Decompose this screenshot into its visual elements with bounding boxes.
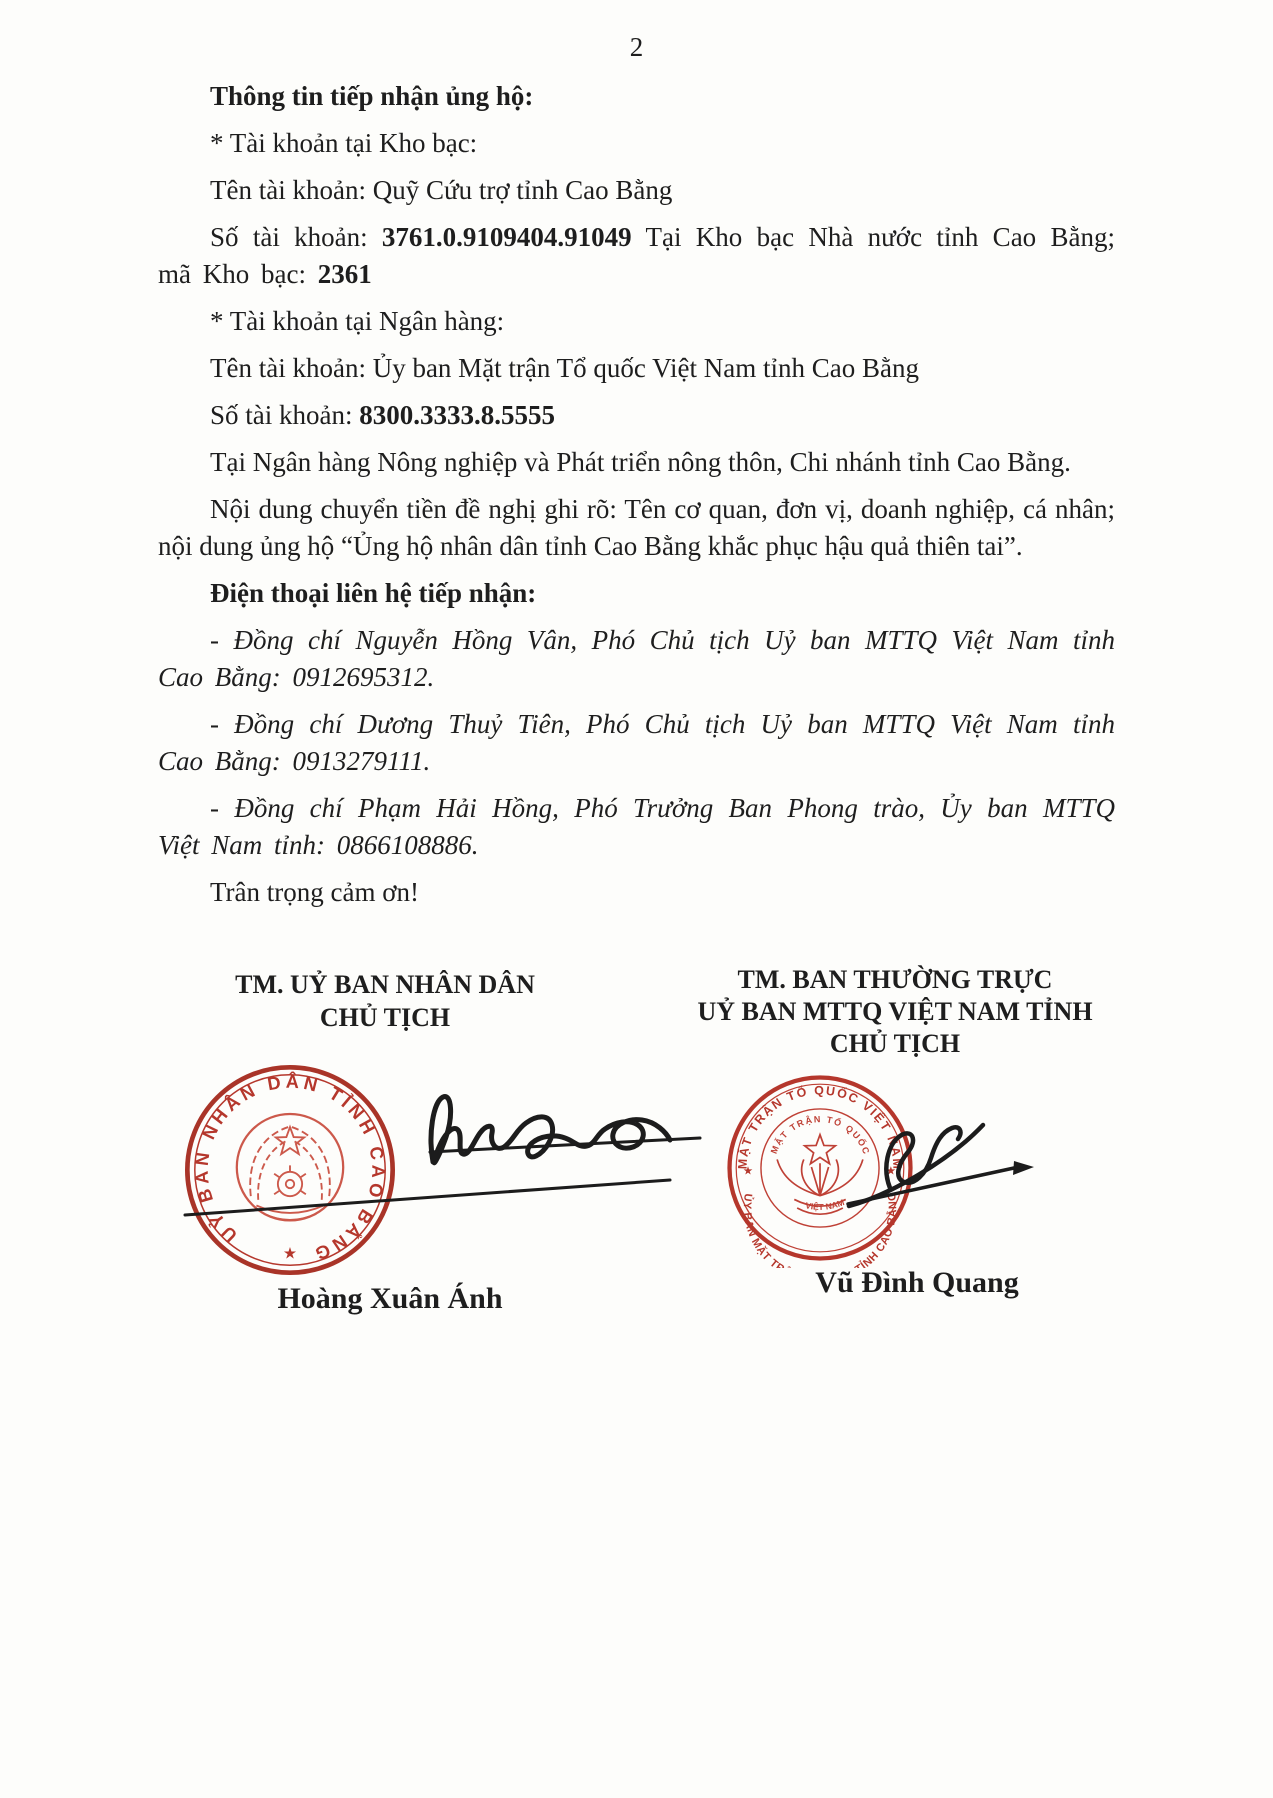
right-signature-arrow-line <box>848 1168 1014 1204</box>
left-org-line: TM. UỶ BAN NHÂN DÂN <box>190 968 580 1001</box>
treasury-account-number: 3761.0.9109404.91049 <box>382 222 632 252</box>
left-signature-underline-2 <box>185 1180 670 1215</box>
page-number: 2 <box>0 32 1273 63</box>
right-signature-loops <box>886 1127 960 1188</box>
bank-account-name: Tên tài khoản: Ủy ban Mặt trận Tổ quốc V… <box>158 350 1115 387</box>
bank-number-prefix: Số tài khoản: <box>210 400 359 430</box>
bank-branch: Tại Ngân hàng Nông nghiệp và Phát triển … <box>158 444 1115 481</box>
right-org-line-2: UỶ BAN MTTQ VIỆT NAM TỈNH <box>695 996 1095 1028</box>
left-signature-header: TM. UỶ BAN NHÂN DÂN CHỦ TỊCH <box>190 968 580 1034</box>
document-page: 2 Thông tin tiếp nhận ủng hộ: * Tài khoả… <box>0 0 1273 1798</box>
closing-line: Trân trọng cảm ơn! <box>158 874 1115 911</box>
bank-title: * Tài khoản tại Ngân hàng: <box>158 303 1115 340</box>
treasury-title: * Tài khoản tại Kho bạc: <box>158 125 1115 162</box>
right-signature-ink <box>849 1125 983 1206</box>
bank-account-number-line: Số tài khoản: 8300.3333.8.5555 <box>158 397 1115 434</box>
left-signature-ink <box>431 1097 670 1163</box>
document-body: Thông tin tiếp nhận ủng hộ: * Tài khoản … <box>158 78 1115 921</box>
treasury-code: 2361 <box>318 259 372 289</box>
left-title-line: CHỦ TỊCH <box>190 1001 580 1034</box>
signature-ink-layer <box>130 1040 1230 1350</box>
treasury-account-name: Tên tài khoản: Quỹ Cứu trợ tỉnh Cao Bằng <box>158 172 1115 209</box>
contact-line-3: - Đồng chí Phạm Hải Hồng, Phó Trưởng Ban… <box>158 790 1115 864</box>
right-org-line-1: TM. BAN THƯỜNG TRỰC <box>695 964 1095 996</box>
phone-heading: Điện thoại liên hệ tiếp nhận: <box>158 575 1115 612</box>
contact-line-1: - Đồng chí Nguyễn Hồng Vân, Phó Chủ tịch… <box>158 622 1115 696</box>
section-heading: Thông tin tiếp nhận ủng hộ: <box>158 78 1115 115</box>
transfer-note: Nội dung chuyển tiền đề nghị ghi rõ: Tên… <box>158 491 1115 565</box>
right-signature-arrowhead <box>1013 1161 1034 1175</box>
treasury-account-number-line: Số tài khoản: 3761.0.9109404.91049 Tại K… <box>158 219 1115 293</box>
contact-line-2: - Đồng chí Dương Thuỷ Tiên, Phó Chủ tịch… <box>158 706 1115 780</box>
bank-account-number: 8300.3333.8.5555 <box>359 400 555 430</box>
treasury-number-prefix: Số tài khoản: <box>210 222 382 252</box>
